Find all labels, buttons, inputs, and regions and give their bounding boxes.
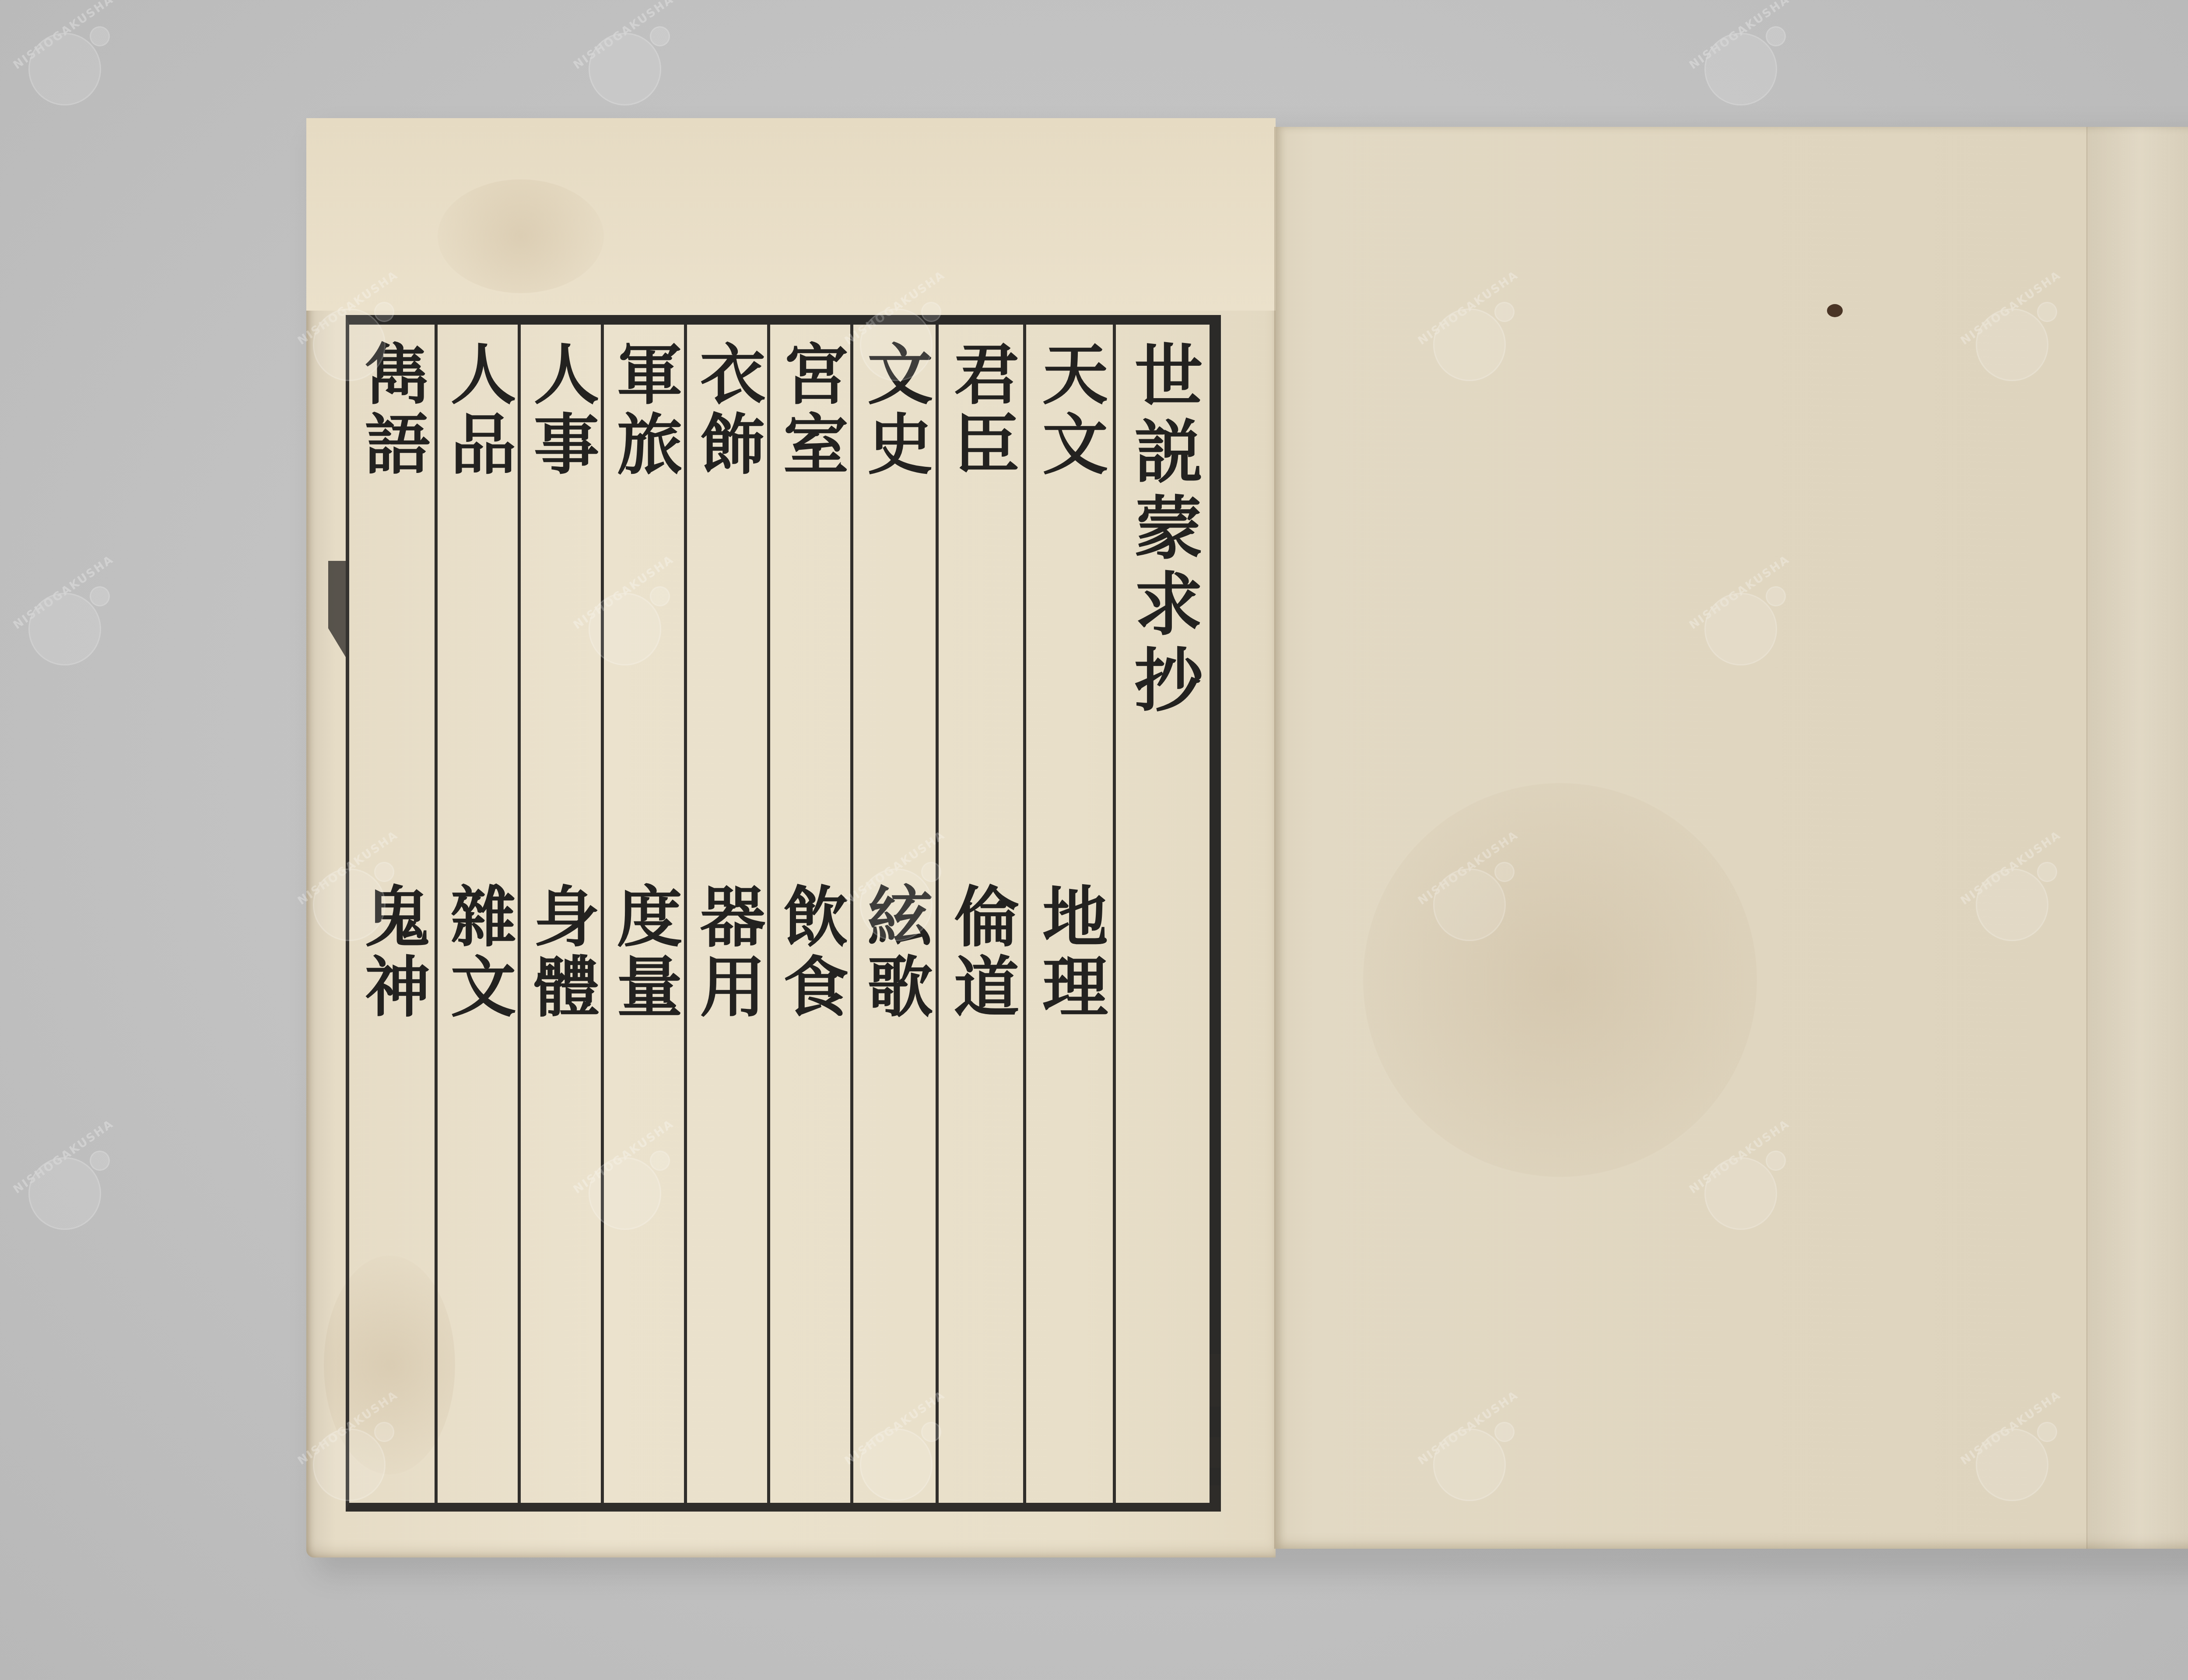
toc-entry: 器用 [694, 882, 760, 1022]
watermark-logo-icon: NISHOGAKUSHA [298, 849, 398, 949]
toc-entry: 軍旅 [611, 340, 677, 480]
watermark-logo-icon: NISHOGAKUSHA [13, 13, 114, 114]
watermark-logo-icon: NISHOGAKUSHA [573, 1137, 674, 1238]
watermark-logo-icon: NISHOGAKUSHA [1689, 1137, 1790, 1238]
toc-entry: 人品 [445, 340, 511, 480]
column-8: 人事 身體 [518, 325, 601, 1503]
watermark-logo-icon: NISHOGAKUSHA [1960, 289, 2061, 389]
column-2: 天文 地理 [1023, 325, 1113, 1503]
column-6: 衣飾 器用 [684, 325, 767, 1503]
watermark-logo-icon: NISHOGAKUSHA [298, 1409, 398, 1509]
watermark-logo-icon: NISHOGAKUSHA [1418, 1409, 1518, 1509]
toc-entry: 天文 [1037, 340, 1102, 480]
toc-entry: 人事 [528, 340, 594, 480]
toc-entry: 身體 [528, 882, 594, 1022]
page-fold [2086, 127, 2188, 1549]
watermark-logo-icon: NISHOGAKUSHA [13, 1137, 114, 1238]
watermark-logo-icon: NISHOGAKUSHA [1689, 573, 1790, 674]
watermark-logo-icon: NISHOGAKUSHA [845, 289, 945, 389]
paper-stain [1363, 783, 1757, 1177]
column-9: 人品 雜文 [435, 325, 518, 1503]
book-title: 世説蒙求抄 [1129, 340, 1197, 721]
toc-entry: 飲食 [778, 882, 843, 1022]
open-book: 雋語 鬼神 人品 雜文 人事 身體 軍旅 度量 衣飾 器用 宮室 飲食 [306, 118, 2188, 1557]
frame-corner-marks [1210, 1354, 1221, 1512]
printed-frame: 雋語 鬼神 人品 雜文 人事 身體 軍旅 度量 衣飾 器用 宮室 飲食 [346, 315, 1221, 1512]
fishtail-mark [328, 561, 346, 657]
toc-entry: 倫道 [948, 882, 1014, 1022]
toc-entry: 雜文 [445, 882, 511, 1022]
watermark-logo-icon: NISHOGAKUSHA [1418, 289, 1518, 389]
watermark-logo-icon: NISHOGAKUSHA [13, 573, 114, 674]
watermark-logo-icon: NISHOGAKUSHA [845, 1409, 945, 1509]
watermark-logo-icon: NISHOGAKUSHA [573, 13, 674, 114]
paper-stain [438, 179, 604, 293]
watermark-logo-icon: NISHOGAKUSHA [573, 573, 674, 674]
toc-entry: 地理 [1037, 882, 1102, 1022]
watermark-logo-icon: NISHOGAKUSHA [298, 289, 398, 389]
ink-spot [1827, 304, 1843, 317]
column-7: 軍旅 度量 [601, 325, 684, 1503]
watermark-logo-icon: NISHOGAKUSHA [1960, 1409, 2061, 1509]
toc-entry: 君臣 [948, 340, 1014, 480]
toc-entry: 衣飾 [694, 340, 760, 480]
watermark-logo-icon: NISHOGAKUSHA [845, 849, 945, 949]
left-page: 雋語 鬼神 人品 雜文 人事 身體 軍旅 度量 衣飾 器用 宮室 飲食 [306, 118, 1276, 1557]
column-3: 君臣 倫道 [936, 325, 1023, 1503]
watermark-logo-icon: NISHOGAKUSHA [1418, 849, 1518, 949]
watermark-logo-icon: NISHOGAKUSHA [1960, 849, 2061, 949]
toc-entry: 宮室 [778, 340, 843, 480]
watermark-logo-icon: NISHOGAKUSHA [1689, 13, 1790, 114]
toc-entry: 度量 [611, 882, 677, 1022]
title-column: 世説蒙求抄 [1113, 325, 1210, 1503]
column-5: 宮室 飲食 [767, 325, 850, 1503]
